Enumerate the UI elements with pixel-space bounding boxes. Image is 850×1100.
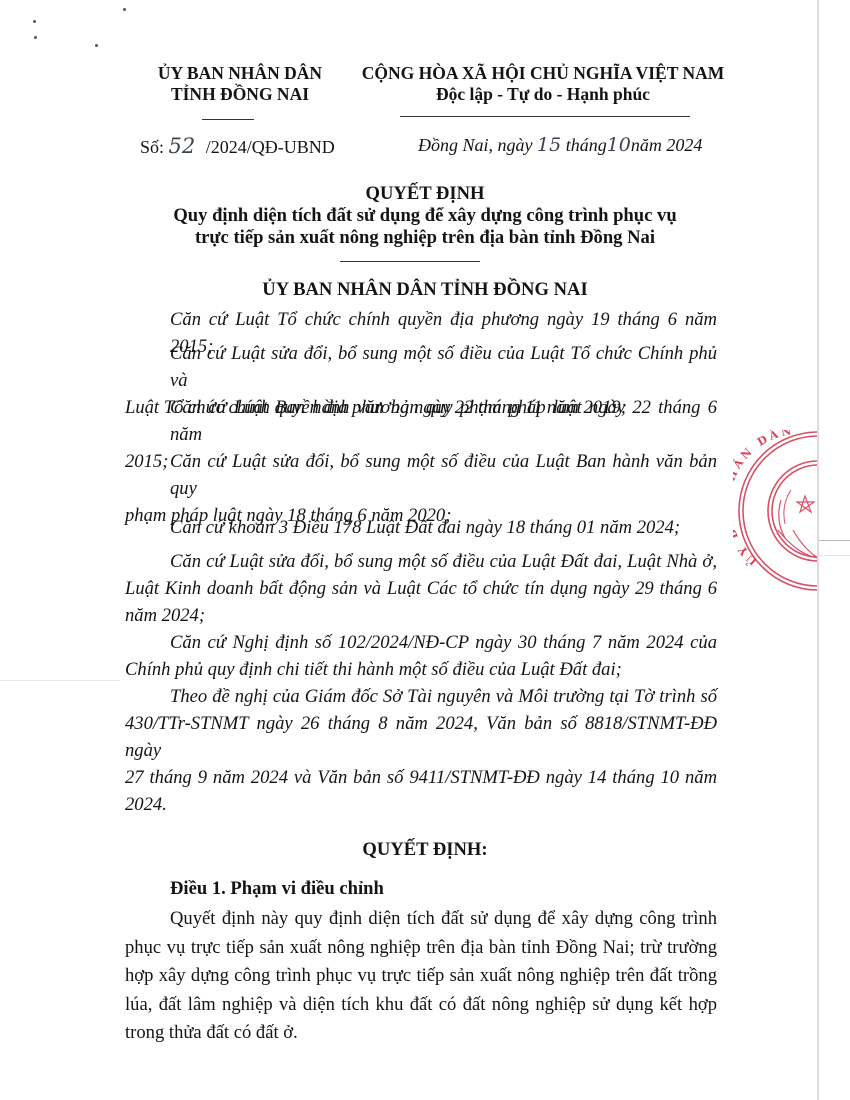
preamble-line: Chính phủ quy định chi tiết thi hành một… [125, 656, 717, 683]
document-number: Số: 52 /2024/QĐ-UBND [140, 134, 335, 158]
scan-line [819, 555, 850, 556]
state-seal-star-icon: ỦY BAN NHÂN DÂN [733, 430, 817, 592]
scan-speck [33, 20, 36, 23]
official-stamp: ỦY BAN NHÂN DÂN [733, 430, 817, 592]
article-1-line: trong thửa đất có đất ở. [125, 1019, 717, 1048]
article-1-line: hợp xây dựng công trình phục vụ trực tiế… [125, 962, 717, 991]
preamble-line: Căn cứ khoản 3 Điều 178 Luật Đất đai ngà… [125, 514, 717, 541]
date-line: Đồng Nai, ngày 15 tháng10năm 2024 [418, 134, 702, 156]
preamble-line: Căn cứ Luật Ban hành văn bản quy phạm ph… [125, 394, 717, 448]
handwritten-number: 52 [169, 134, 196, 158]
scan-speck [34, 36, 37, 39]
national-motto: Độc lập - Tự do - Hạnh phúc [358, 84, 728, 105]
issuer-line2: TỈNH ĐỒNG NAI [140, 84, 340, 105]
preamble-line: Căn cứ Nghị định số 102/2024/NĐ-CP ngày … [125, 629, 717, 656]
document-subtitle-line2: trực tiếp sản xuất nông nghiệp trên địa … [125, 227, 725, 249]
article-1-line: lúa, đất lâm nghiệp và diện tích khu đất… [125, 991, 717, 1020]
preamble-paragraph: Căn cứ Nghị định số 102/2024/NĐ-CP ngày … [125, 629, 717, 683]
handwritten-month: 10 [607, 134, 631, 156]
scan-speck [123, 8, 126, 11]
document-type-heading: QUYẾT ĐỊNH [125, 183, 725, 205]
preamble-line: 2024. [125, 791, 717, 818]
decision-heading: QUYẾT ĐỊNH: [125, 839, 725, 861]
scan-line [819, 540, 850, 541]
preamble-line: Luật Kinh doanh bất động sản và Luật Các… [125, 575, 717, 602]
document-subtitle-line1: Quy định diện tích đất sử dụng để xây dự… [125, 205, 725, 227]
preamble-line: năm 2024; [125, 602, 717, 629]
number-suffix: /2024/QĐ-UBND [206, 137, 335, 157]
national-title: CỘNG HÒA XÃ HỘI CHỦ NGHĨA VIỆT NAM [358, 63, 728, 84]
article-1-heading: Điều 1. Phạm vi điều chỉnh [170, 878, 384, 900]
issuer-line1: ỦY BAN NHÂN DÂN [140, 63, 340, 84]
preamble-line: Căn cứ Luật sửa đổi, bổ sung một số điều… [125, 448, 717, 502]
scan-line [0, 680, 120, 681]
month-label: tháng [566, 135, 607, 155]
scan-fold-line [817, 0, 819, 1100]
title-underline [340, 261, 480, 262]
preamble-line: 430/TTr-STNMT ngày 26 tháng 8 năm 2024, … [125, 710, 717, 764]
number-prefix: Số: [140, 137, 164, 157]
preamble-paragraph: Theo đề nghị của Giám đốc Sở Tài nguyên … [125, 683, 717, 818]
authority-heading: ỦY BAN NHÂN DÂN TỈNH ĐỒNG NAI [125, 279, 725, 301]
date-prefix: Đồng Nai, ngày [418, 135, 533, 155]
year-label: năm 2024 [631, 135, 703, 155]
preamble-paragraph: Căn cứ Luật sửa đổi, bổ sung một số điều… [125, 548, 717, 629]
handwritten-day: 15 [537, 134, 561, 156]
issuer-underline [202, 119, 254, 120]
preamble-line: Căn cứ Luật sửa đổi, bổ sung một số điều… [125, 548, 717, 575]
motto-underline [400, 116, 690, 117]
article-1-line: Quyết định này quy định diện tích đất sử… [125, 905, 717, 934]
article-1-line: phục vụ trực tiếp sản xuất nông nghiệp t… [125, 934, 717, 963]
article-1-body: Quyết định này quy định diện tích đất sử… [125, 905, 717, 1048]
preamble-line: 27 tháng 9 năm 2024 và Văn bản số 9411/S… [125, 764, 717, 791]
preamble-line: Căn cứ Luật sửa đổi, bổ sung một số điều… [125, 340, 717, 394]
scan-speck [95, 44, 98, 47]
preamble-paragraph: Căn cứ khoản 3 Điều 178 Luật Đất đai ngà… [125, 514, 717, 541]
preamble-line: Theo đề nghị của Giám đốc Sở Tài nguyên … [125, 683, 717, 710]
